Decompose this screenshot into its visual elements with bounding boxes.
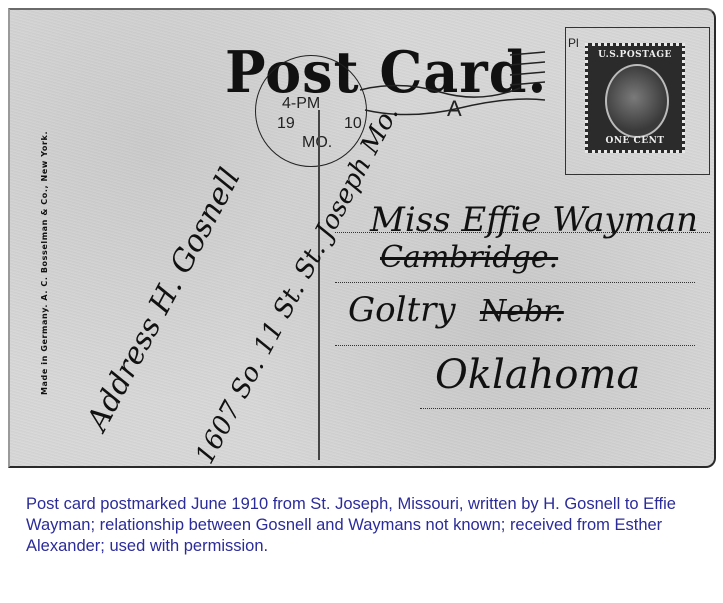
postage-stamp: U.S.POSTAGE ONE CENT [585,43,685,153]
image-caption: Post card postmarked June 1910 from St. … [26,494,716,557]
portrait-icon [605,64,669,138]
stamp-top-text: U.S.POSTAGE [588,50,682,60]
recipient-town: Goltry [348,290,456,330]
stamp-side-mark: Pl [568,36,579,50]
stamp-bottom-text: ONE CENT [588,136,682,146]
recipient-name: Miss Effie Wayman [370,200,698,240]
cancel-letter: A [447,96,462,122]
recipient-state-crossed: Nebr. [480,294,564,329]
publisher-imprint: Made in Germany. A. C. Bosselman & Co., … [40,131,49,395]
postmark-year-left: 19 [277,115,295,133]
card-divider [318,110,320,460]
recipient-state: Oklahoma [435,352,640,398]
address-line-2 [335,282,695,284]
address-line-4 [420,408,710,410]
postmark-time: 4-PM [282,95,320,113]
address-line-3 [335,345,695,347]
recipient-city-crossed: Cambridge. [380,240,558,275]
